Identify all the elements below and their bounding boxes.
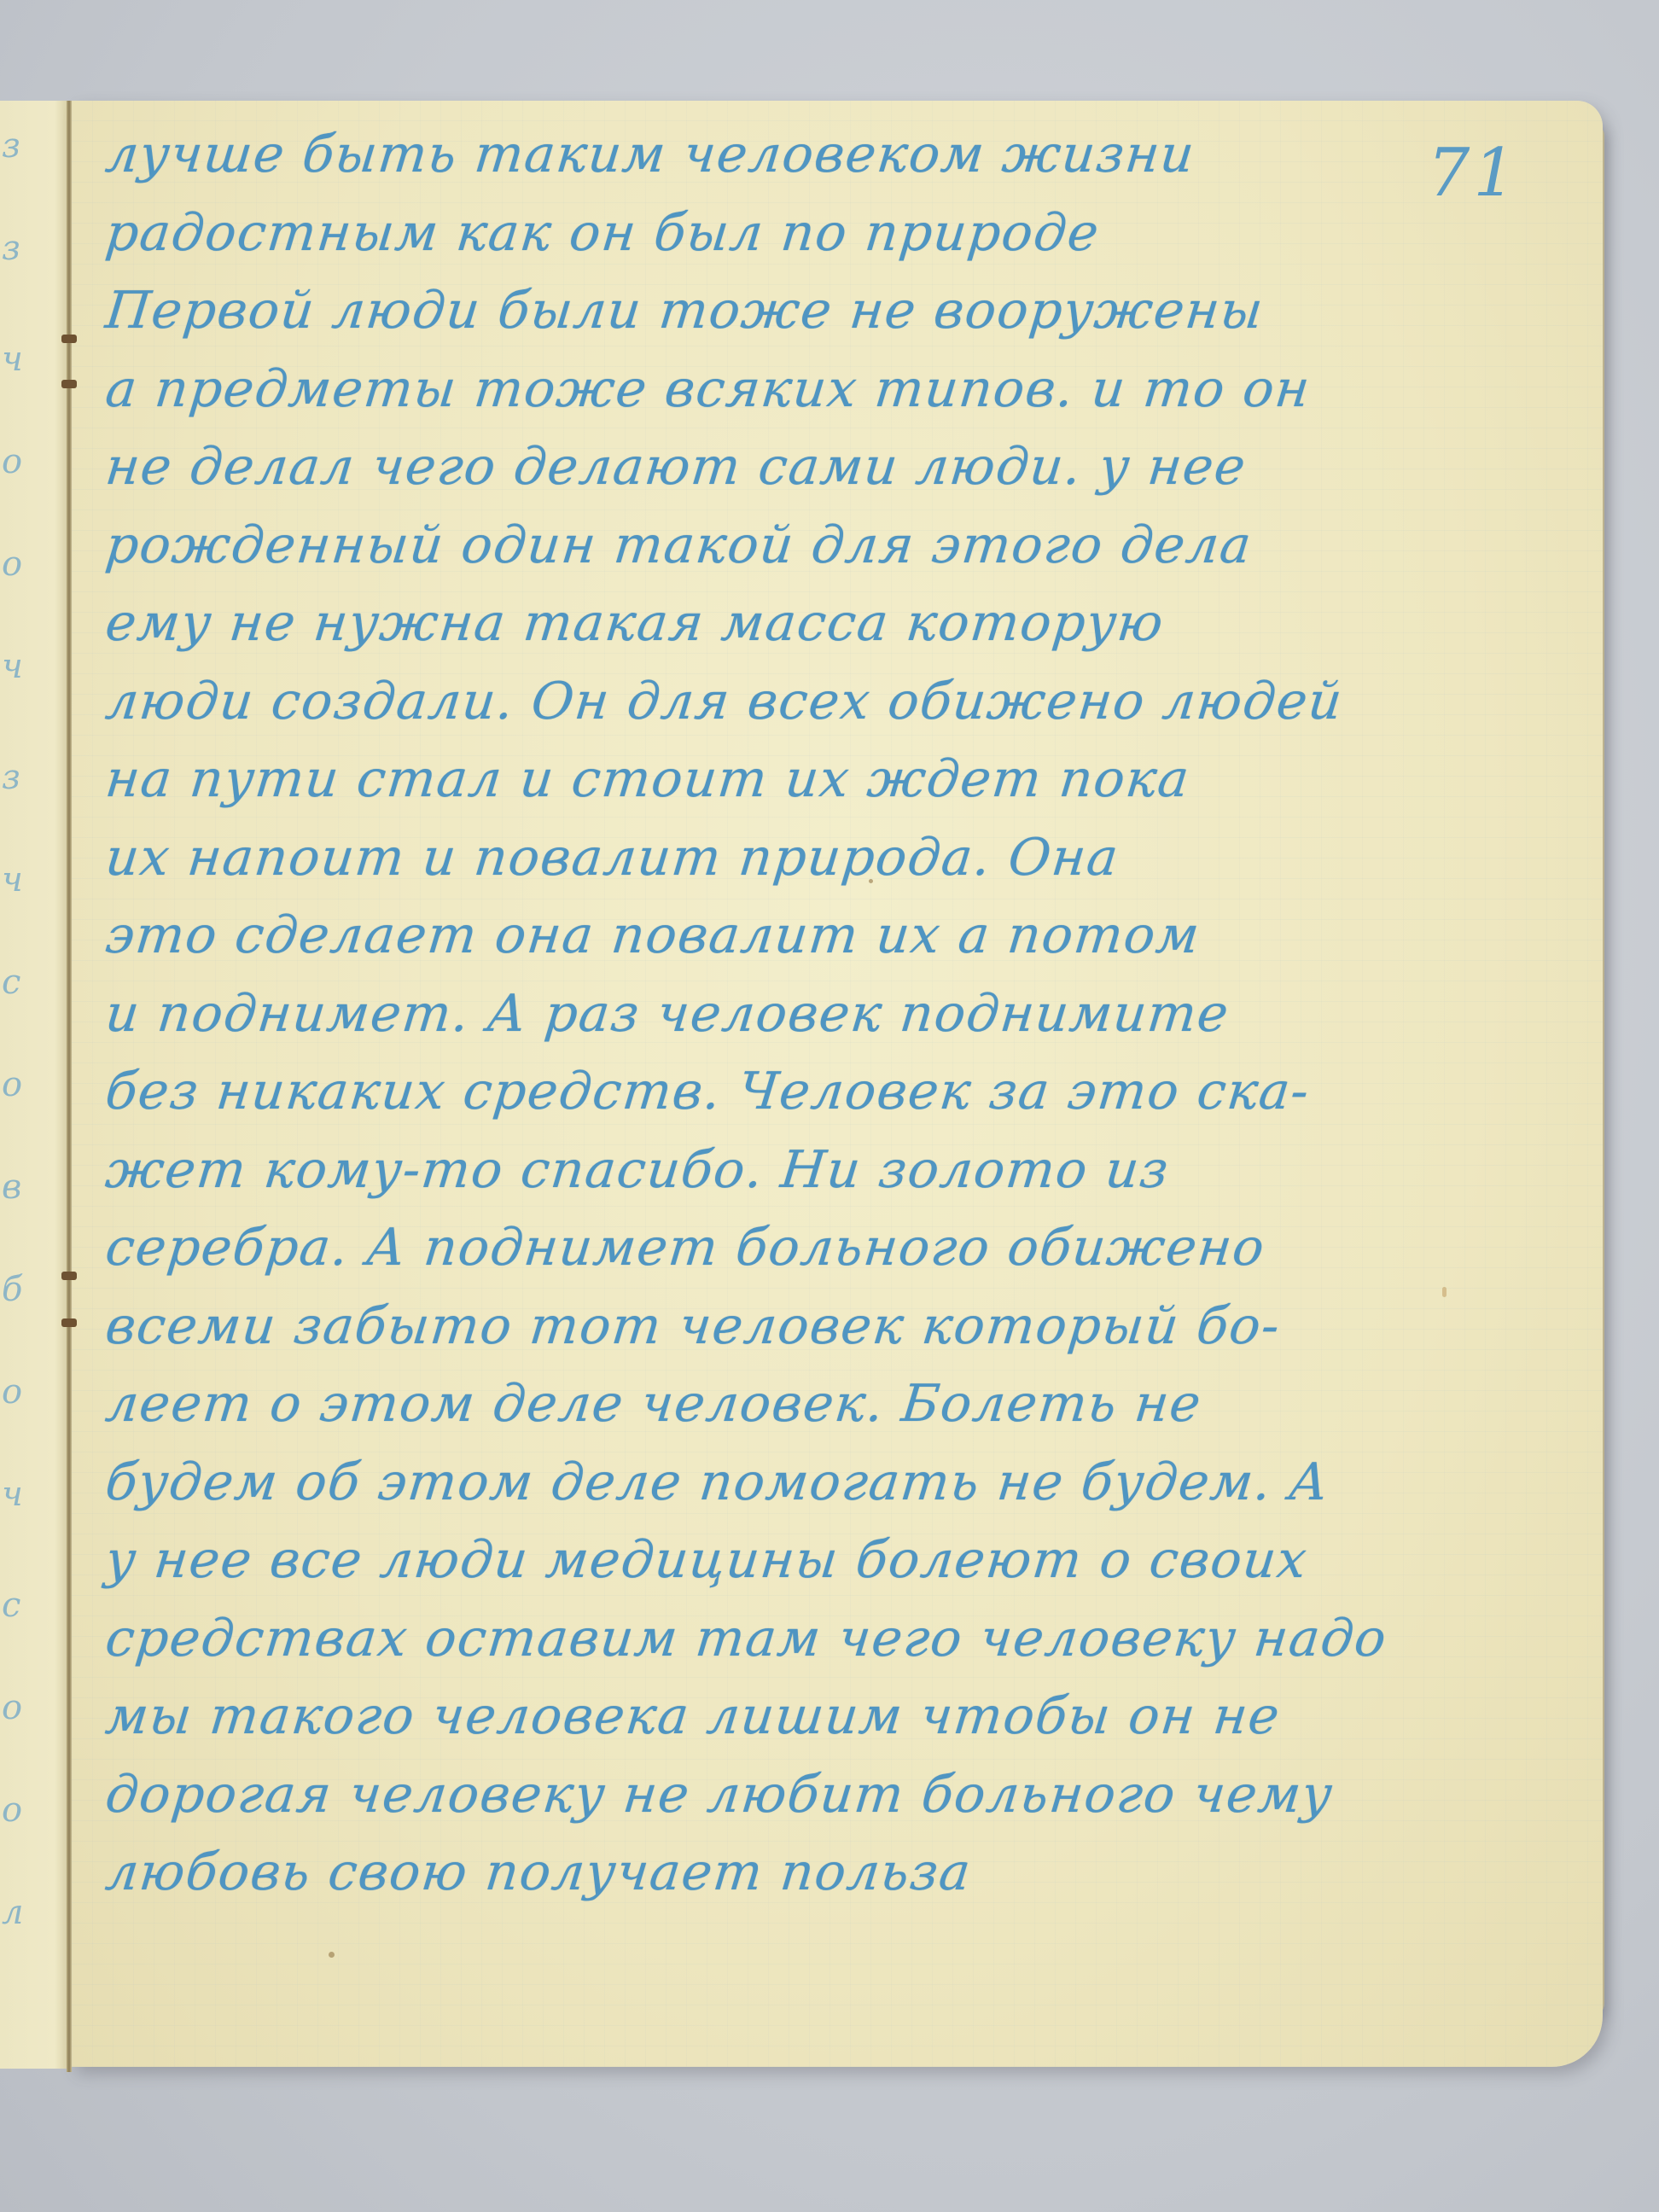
text-line: их напоит и повалит природа. Она	[102, 819, 1510, 898]
text-line: а предметы тоже всяких типов. и то он	[102, 351, 1510, 429]
paper-stain	[1442, 1287, 1447, 1297]
facing-page-fragment: з	[2, 229, 20, 268]
facing-page-fragment: о	[2, 442, 22, 481]
facing-page-fragment: ч	[2, 860, 23, 899]
text-line: любовь свою получает польза	[102, 1834, 1510, 1912]
facing-page-fragment: с	[2, 1586, 20, 1625]
facing-page-fragment: о	[2, 1688, 22, 1727]
text-line: это сделает она повалит их а потом	[102, 897, 1510, 975]
text-line: мы такого человека лишим чтобы он не	[102, 1678, 1510, 1756]
text-line: у нее все люди медицины болеют о своих	[102, 1522, 1510, 1600]
text-line: средствах оставим там чего человеку надо	[102, 1600, 1510, 1679]
facing-page-fragment: о	[2, 1790, 22, 1830]
text-line: на пути стал и стоит их ждет пока	[102, 741, 1510, 819]
text-line: леет о этом деле человек. Болеть не	[102, 1365, 1510, 1444]
notebook-binding	[67, 101, 72, 2072]
facing-page-fragment: ч	[2, 340, 23, 379]
facing-page-fragment: з	[2, 126, 20, 166]
text-line: всеми забыто тот человек который бо-	[102, 1288, 1510, 1366]
facing-page-fragment: з	[2, 758, 20, 797]
text-line: радостным как он был по природе	[102, 195, 1510, 273]
facing-page-fragment: в	[2, 1167, 21, 1207]
paper-stain	[869, 879, 873, 883]
text-line: дорогая человеку не любит больного чему	[102, 1756, 1510, 1835]
paper-stain	[329, 1952, 335, 1958]
handwritten-text: лучше быть таким человеком жизни радостн…	[106, 116, 1505, 1912]
text-line: Первой люди были тоже не вооружены	[102, 272, 1510, 351]
text-line: не делал чего делают сами люди. у нее	[102, 428, 1510, 507]
facing-page-fragment: ч	[2, 1475, 23, 1514]
text-line: жет кому-то спасибо. Ни золото из	[102, 1132, 1510, 1210]
notebook-page: 71 лучше быть таким человеком жизни радо…	[72, 101, 1603, 2067]
facing-page-fragment: о	[2, 544, 22, 584]
facing-page-fragment: ч	[2, 647, 23, 686]
facing-page-fragment: б	[2, 1270, 22, 1309]
text-line: рожденный один такой для этого дела	[102, 507, 1510, 585]
facing-page-fragment: с	[2, 963, 20, 1002]
staple-mark	[61, 1318, 77, 1327]
facing-page: з з ч о о ч з ч с о в б о ч с о о л	[0, 101, 68, 2069]
text-line: будем об этом деле помогать не будем. А	[102, 1444, 1510, 1522]
staple-mark	[61, 1272, 77, 1280]
staple-mark	[61, 335, 77, 343]
text-line: лучше быть таким человеком жизни	[102, 116, 1510, 195]
text-line: ему не нужна такая масса которую	[102, 585, 1510, 663]
facing-page-fragment: о	[2, 1065, 22, 1104]
text-line: без никаких средств. Человек за это ска-	[102, 1053, 1510, 1132]
facing-page-fragment: л	[2, 1893, 23, 1932]
staple-mark	[61, 380, 77, 388]
text-line: серебра. А поднимет больного обижено	[102, 1209, 1510, 1288]
text-line: люди создали. Он для всех обижено людей	[102, 663, 1510, 742]
facing-page-fragment: о	[2, 1372, 22, 1412]
text-line: и поднимет. А раз человек поднимите	[102, 975, 1510, 1054]
